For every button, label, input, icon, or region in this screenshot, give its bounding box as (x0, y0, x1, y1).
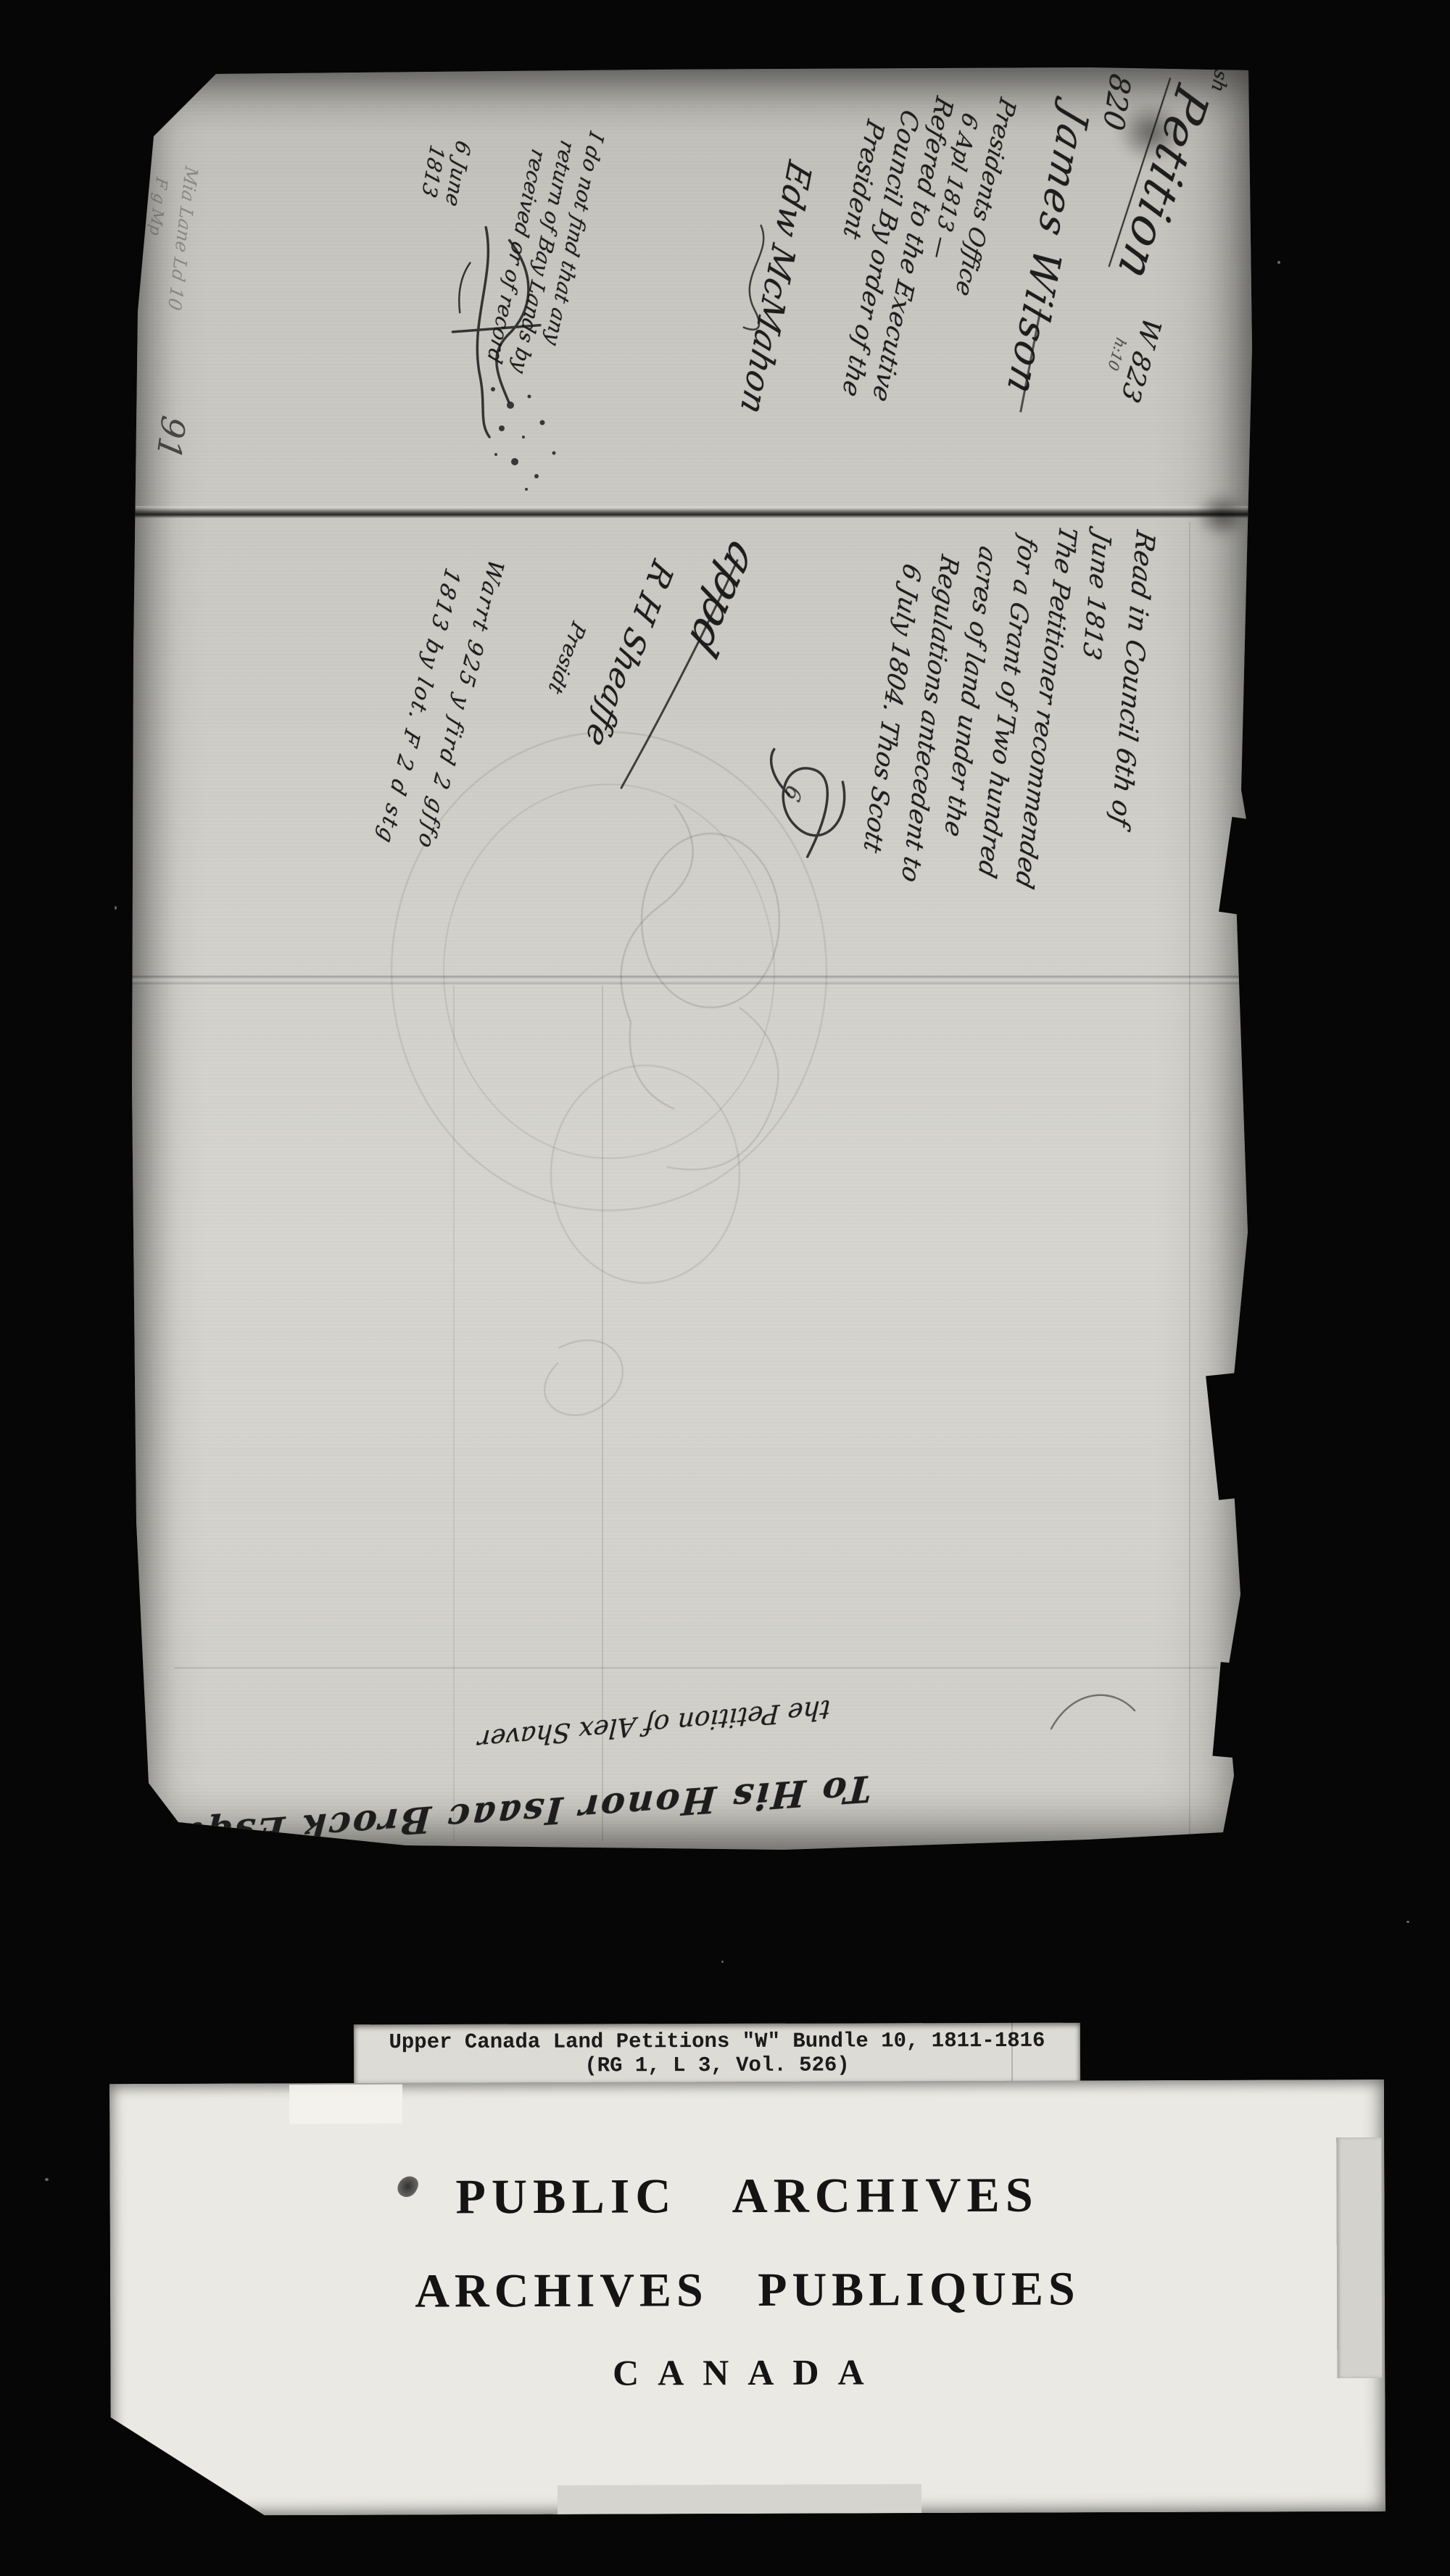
pencil-number: 91 (152, 413, 190, 462)
card-title-canada: CANADA (110, 2349, 1385, 2396)
dust-speck (721, 1961, 724, 1963)
page-number: 820 (1098, 71, 1135, 133)
card-title-en: PUBLIC ARCHIVES (109, 2165, 1384, 2227)
address-block: To His Honor Isaac Brock Esquire the Pet… (203, 1645, 899, 1819)
caption-strip: Upper Canada Land Petitions "W" Bundle 1… (354, 2023, 1080, 2089)
clerk-rubric (766, 743, 866, 878)
pencil-note-1: Mia Lane Ld 10 (165, 165, 201, 312)
card-bottom-band (558, 2484, 921, 2514)
president-title: Presidt (545, 618, 589, 697)
council-line-2: June 1813 (1079, 530, 1114, 662)
card-title-fr: ARCHIVES PUBLIQUES (110, 2261, 1385, 2320)
stray-swash (1044, 1678, 1145, 1743)
dust-speck (1406, 1921, 1409, 1923)
caption-line-1: Upper Canada Land Petitions "W" Bundle 1… (354, 2023, 1080, 2055)
strip-crease (1011, 2023, 1013, 2087)
dust-speck (1277, 261, 1280, 264)
docket-panel-middle: Read in Council 6th of June 1813 The Pet… (410, 518, 1251, 989)
torn-edge-notch (1212, 1662, 1258, 1759)
caption-line-2: (RG 1, L 3, Vol. 526) (354, 2053, 1080, 2079)
microfilm-frame: sh Petition W 823 h:10 820 James Wilson … (0, 0, 1450, 2576)
pencil-note-2: F g Mp (146, 176, 168, 237)
archives-card: PUBLIC ARCHIVES ARCHIVES PUBLIQUES CANAD… (109, 2080, 1385, 2516)
dust-speck (115, 906, 117, 910)
document-page: sh Petition W 823 h:10 820 James Wilson … (130, 67, 1254, 1851)
signature-flourish (428, 218, 562, 449)
petitioner-name: James Wilson (1001, 102, 1094, 402)
corner-mark: sh (1208, 67, 1230, 94)
address-line: To His Honor Isaac Brock Esquire (112, 1770, 872, 1859)
petition-of-line: the Petition of Alex Shaver (477, 1695, 831, 1753)
card-tab (289, 2085, 402, 2124)
council-line-1: Read in Council 6th of (1106, 528, 1158, 829)
dust-speck (45, 2178, 49, 2181)
docket-panel-top: sh Petition W 823 h:10 820 James Wilson … (130, 69, 1251, 518)
